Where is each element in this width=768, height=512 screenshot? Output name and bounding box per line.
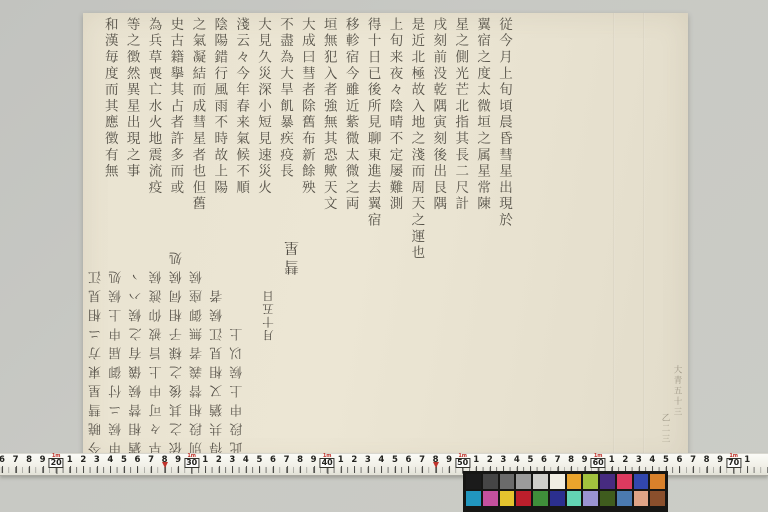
color-patch	[600, 491, 615, 506]
tape-meter-label: 1m	[52, 454, 61, 459]
text-column: 早々可申上旨被仰渡候	[148, 237, 168, 455]
tape-number: 1	[338, 456, 344, 465]
tape-number: 2	[80, 456, 86, 465]
color-patch	[567, 474, 582, 489]
text-column: 為兵草喪亡水火地震流疫	[142, 17, 164, 241]
inverted-date: 月十五日	[260, 283, 278, 341]
tape-number: 4	[649, 456, 655, 465]
color-patch	[466, 491, 481, 506]
tape-number: 6	[0, 456, 5, 465]
text-column: 此段申上候以上	[228, 237, 248, 455]
tape-decimeter-number: 401m	[320, 458, 335, 468]
tape-number: 2	[216, 456, 222, 465]
tape-decimeter-number: 301m	[184, 458, 199, 468]
color-patch	[600, 474, 615, 489]
tape-number: 8	[297, 456, 303, 465]
tape-number: 9	[717, 456, 723, 465]
text-column: 垣無犯入者強無其恐歟天文	[317, 17, 339, 241]
color-patch	[650, 474, 665, 489]
color-patch	[483, 474, 498, 489]
tape-meter-label: 1m	[323, 454, 332, 459]
tape-decimeter-number: 601m	[591, 458, 606, 468]
color-patch	[516, 474, 531, 489]
tape-number: 7	[555, 456, 561, 465]
color-patch	[583, 474, 598, 489]
text-column: 等之徴然異星出現之事	[120, 17, 142, 241]
tape-number: 6	[677, 456, 683, 465]
paper-crease	[613, 13, 615, 463]
text-column: 別段相替義者無御座候	[188, 237, 208, 455]
tape-number: 1	[202, 456, 208, 465]
text-column: 是近北極故入地之淺而周天之運也	[404, 17, 426, 241]
color-patch	[634, 491, 649, 506]
text-column: 猶相替候儀有之候ハヽ	[127, 237, 147, 455]
tape-number: 4	[243, 456, 249, 465]
color-patch	[567, 491, 582, 506]
tape-number: 1	[609, 456, 615, 465]
color-patch	[466, 474, 481, 489]
color-patch	[483, 491, 498, 506]
text-column: 和漢毎度而其應徴有無	[98, 17, 120, 241]
text-column: 陰陽錯行風雨不時故上陽	[207, 17, 229, 241]
tape-number: 1	[67, 456, 73, 465]
tape-number: 7	[13, 456, 19, 465]
tape-number: 2	[351, 456, 357, 465]
text-column: 大見久災深小短見速災火	[251, 17, 273, 241]
tape-meter-label: 1m	[187, 454, 196, 459]
text-column: 従今月上旬頃晨昏彗星出現於	[492, 17, 514, 241]
tape-number: 9	[40, 456, 46, 465]
tape-number: 4	[107, 456, 113, 465]
tape-number: 3	[365, 456, 371, 465]
tape-decimeter-number: 701m	[726, 458, 741, 468]
text-column: 得十日已後所見聊東進去翼宿	[361, 17, 383, 241]
color-patch	[634, 474, 649, 489]
color-patch	[500, 474, 515, 489]
tape-number: 9	[582, 456, 588, 465]
tape-number: 5	[121, 456, 127, 465]
tape-number: 4	[514, 456, 520, 465]
color-patch	[617, 491, 632, 506]
tape-meter-label: 1m	[729, 454, 738, 459]
tape-number: 1	[473, 456, 479, 465]
tape-number: 5	[527, 456, 533, 465]
text-column: 申候ニ付御届申上候処	[107, 237, 127, 455]
color-patch	[516, 491, 531, 506]
tape-decimeter-number: 201m	[49, 458, 64, 468]
tape-number: 3	[229, 456, 235, 465]
tape-number: 7	[419, 456, 425, 465]
color-patch	[550, 474, 565, 489]
tape-red-arrow-mark	[433, 462, 439, 468]
tape-number: 7	[284, 456, 290, 465]
color-patch	[650, 491, 665, 506]
text-column: 星之側光芒北指其長二尺計	[448, 17, 470, 241]
tape-number: 3	[500, 456, 506, 465]
tape-number: 5	[663, 456, 669, 465]
text-column: 今暁彗星東方ニ相見江	[87, 237, 107, 455]
tape-number: 5	[392, 456, 398, 465]
color-patch	[533, 474, 548, 489]
text-column: 史古籍擧其占者許多而或	[164, 17, 186, 241]
tape-decimeter-number: 501m	[455, 458, 470, 468]
tape-number: 3	[94, 456, 100, 465]
tape-number: 5	[256, 456, 262, 465]
text-column: 淺云々今年春来氣候不順	[229, 17, 251, 241]
tape-number: 9	[311, 456, 317, 465]
tape-number: 6	[135, 456, 141, 465]
tape-number: 7	[148, 456, 154, 465]
main-text-block: 従今月上旬頃晨昏彗星出現於翼宿之度太微垣之属星常陳星之側光芒北指其長二尺計戌刻前…	[97, 17, 514, 241]
text-column: 得共猶又相見江候者	[208, 237, 228, 455]
text-column: 戌刻前没乾隅寅刻後出艮隅	[426, 17, 448, 241]
color-patch	[550, 491, 565, 506]
inverted-draft-block: 今暁彗星東方ニ相見江申候ニ付御届申上候処猶相替候儀有之候ハヽ早々可申上旨被仰渡候…	[87, 237, 249, 455]
color-patch	[500, 491, 515, 506]
tape-number: 4	[378, 456, 384, 465]
tape-number: 9	[446, 456, 452, 465]
tape-meter-label: 1m	[458, 454, 467, 459]
photograph-of-manuscript: 従今月上旬頃晨昏彗星出現於翼宿之度太微垣之属星常陳星之側光芒北指其長二尺計戌刻前…	[0, 0, 768, 512]
manuscript-paper: 従今月上旬頃晨昏彗星出現於翼宿之度太微垣之属星常陳星之側光芒北指其長二尺計戌刻前…	[83, 13, 688, 463]
tape-number: 6	[270, 456, 276, 465]
color-calibration-chart	[463, 471, 668, 512]
tape-number: 2	[622, 456, 628, 465]
tape-number: 1	[744, 456, 750, 465]
tape-number: 7	[690, 456, 696, 465]
text-column: 大成曰彗者除舊布新餘殃	[295, 17, 317, 241]
color-patch	[533, 491, 548, 506]
tape-red-arrow-mark	[162, 462, 168, 468]
tape-number: 6	[541, 456, 547, 465]
tape-number: 8	[568, 456, 574, 465]
tape-meter-label: 1m	[594, 454, 603, 459]
color-patch	[583, 491, 598, 506]
tape-number: 6	[406, 456, 412, 465]
inverted-title: 彗星	[281, 235, 303, 275]
tape-number: 8	[704, 456, 710, 465]
text-column: 翼宿之度太微垣之属星常陳	[470, 17, 492, 241]
tape-number: 3	[636, 456, 642, 465]
text-column: 依之其後之様子相伺候処	[168, 237, 188, 455]
text-column: 上旬来夜々陰晴不定屡難測	[383, 17, 405, 241]
tape-number: 8	[26, 456, 32, 465]
tape-number: 9	[175, 456, 181, 465]
color-patch	[617, 474, 632, 489]
text-column: 之氣凝結而成彗星者也但舊	[185, 17, 207, 241]
text-column: 移軫宿今雖近紫微太微之両	[339, 17, 361, 241]
tape-number: 2	[487, 456, 493, 465]
paper-crease	[643, 13, 645, 463]
text-column: 不盡為大旱飢暴疾疫長	[273, 17, 295, 241]
